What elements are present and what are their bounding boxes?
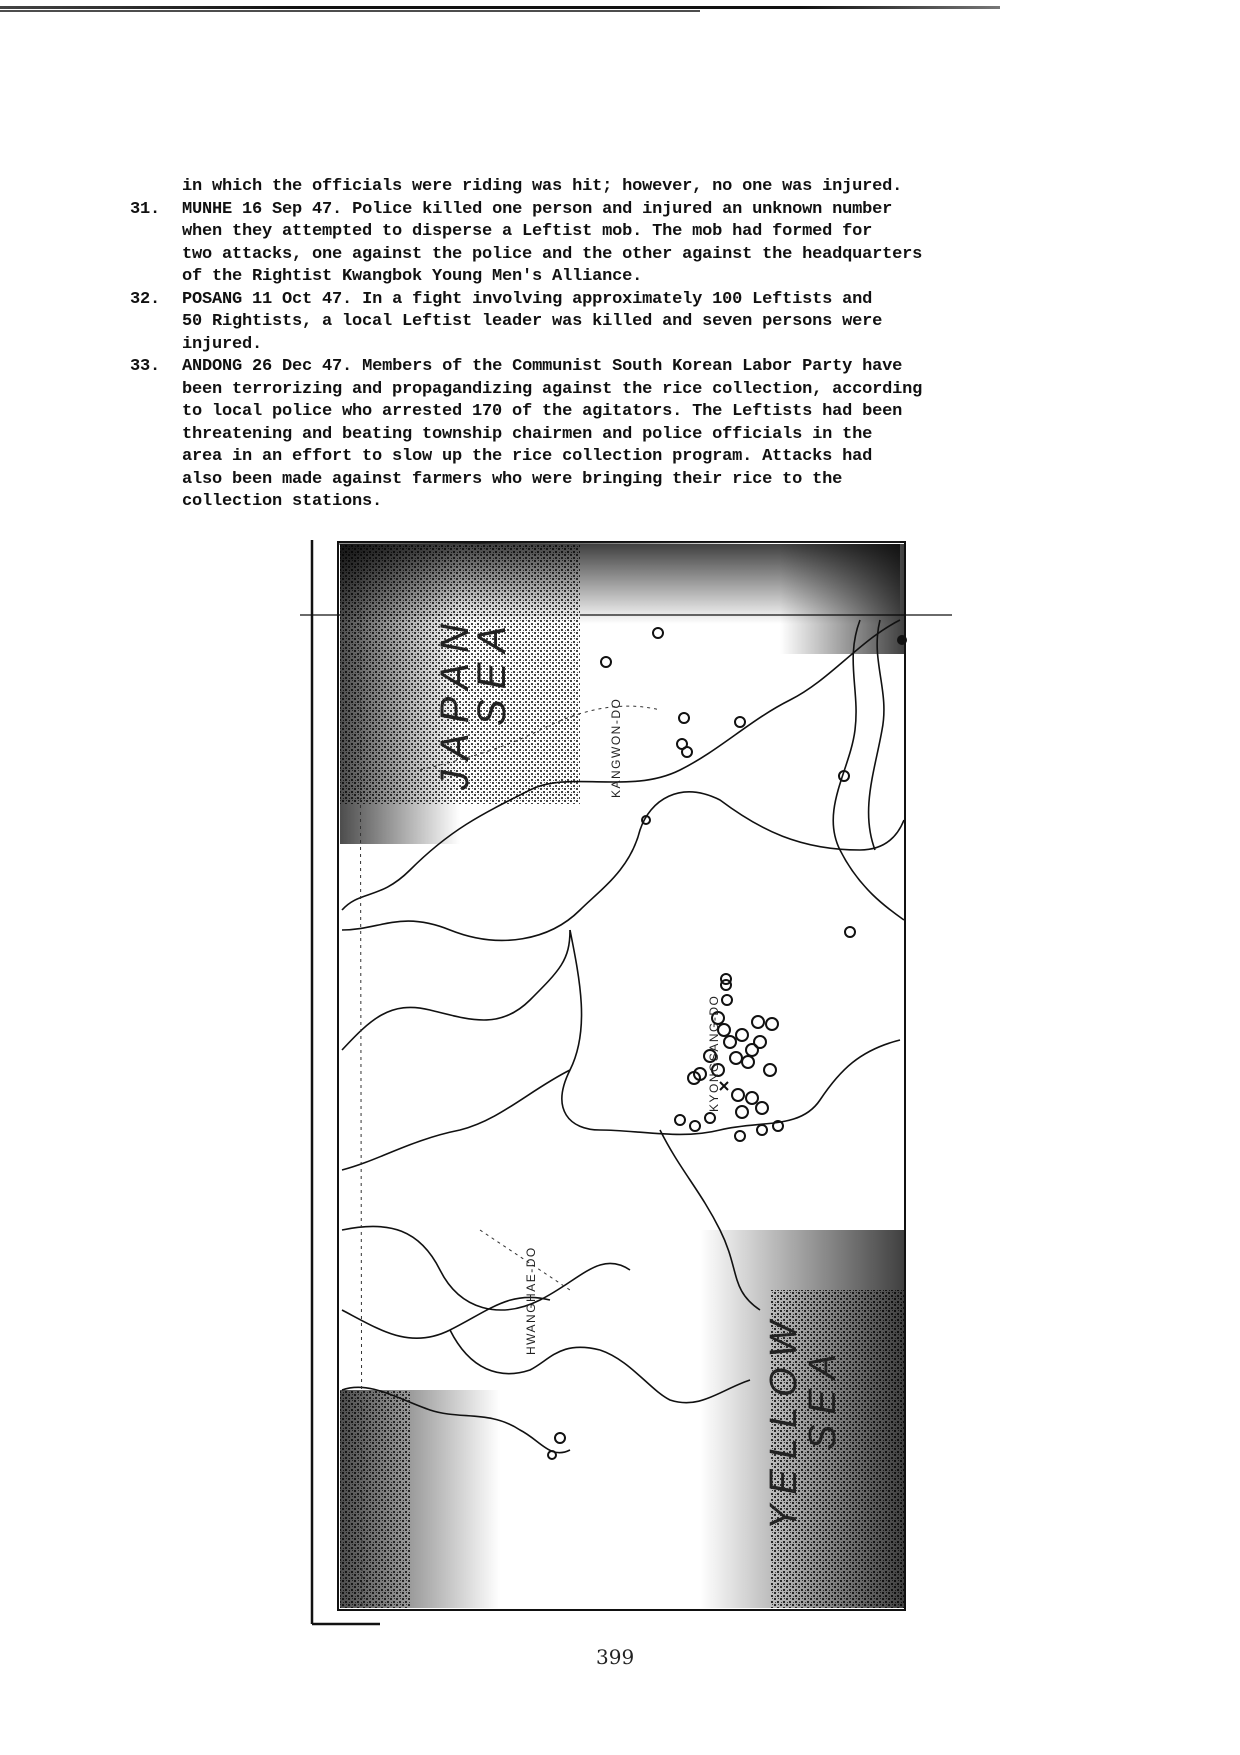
yellow-sea-label-1: YELLOW: [763, 1312, 805, 1530]
item-text-line: 50 Rightists, a local Leftist leader was…: [182, 311, 1090, 334]
incident-item-33: 33. ANDONG 26 Dec 47. Members of the Com…: [140, 356, 1090, 514]
item-text-line: area in an effort to slow up the rice co…: [182, 446, 1090, 469]
japan-sea-shading: [340, 544, 904, 844]
item-location: MUNHE: [182, 200, 232, 219]
item-location: ANDONG: [182, 357, 242, 376]
item-text-line: to local police who arrested 170 of the …: [182, 401, 1090, 424]
kyongsang-do-label: KYONGSANG-DO: [707, 995, 721, 1112]
incident-item-31: 31. MUNHE 16 Sep 47. Police killed one p…: [140, 199, 1090, 289]
item-text-line: also been made against farmers who were …: [182, 469, 1090, 492]
item-text-line: In a fight involving approximately 100 L…: [362, 290, 872, 309]
item-text-line: when they attempted to disperse a Leftis…: [182, 221, 1090, 244]
item-date: 16 Sep 47.: [242, 200, 342, 219]
incident-item-32: 32. POSANG 11 Oct 47. In a fight involvi…: [140, 289, 1090, 357]
item-text-line: two attacks, one against the police and …: [182, 244, 1090, 267]
capital-dot: [897, 635, 907, 645]
item-location: POSANG: [182, 290, 242, 309]
hwanghae-do-label: HWANGHAE-DO: [524, 1246, 538, 1355]
japan-sea-label-2: SEA: [470, 616, 514, 726]
item-text-line: been terrorizing and propagandizing agai…: [182, 379, 1090, 402]
item-number: 33.: [130, 356, 178, 379]
item-text-line: of the Rightist Kwangbok Young Men's All…: [182, 266, 1090, 289]
item-date: 11 Oct 47.: [252, 290, 352, 309]
x-marker: [720, 1082, 728, 1090]
yellow-sea-label-2: SEA: [802, 1344, 844, 1450]
item-text-line: Police killed one person and injured an …: [352, 200, 892, 219]
item-date: 26 Dec 47.: [252, 357, 352, 376]
item-text-line: collection stations.: [182, 491, 1090, 514]
kangwon-do-label: KANGWON-DO: [609, 698, 623, 798]
item-text-line: threatening and beating township chairme…: [182, 424, 1090, 447]
item-text-line: Members of the Communist South Korean La…: [362, 357, 902, 376]
scan-edge-rule-shadow: [0, 10, 700, 12]
item-number: 31.: [130, 199, 178, 222]
scan-edge-rule: [0, 6, 1000, 9]
page-number: 399: [596, 1645, 634, 1669]
korea-incident-map: JAPAN SEA KANGWON-DO KYONGSANG-DO HWANGH…: [300, 530, 952, 1634]
incident-report-text: in which the officials were riding was h…: [140, 176, 1090, 514]
item-number: 32.: [130, 289, 178, 312]
item-text-line: injured.: [182, 334, 1090, 357]
continuation-line: in which the officials were riding was h…: [140, 176, 1090, 199]
